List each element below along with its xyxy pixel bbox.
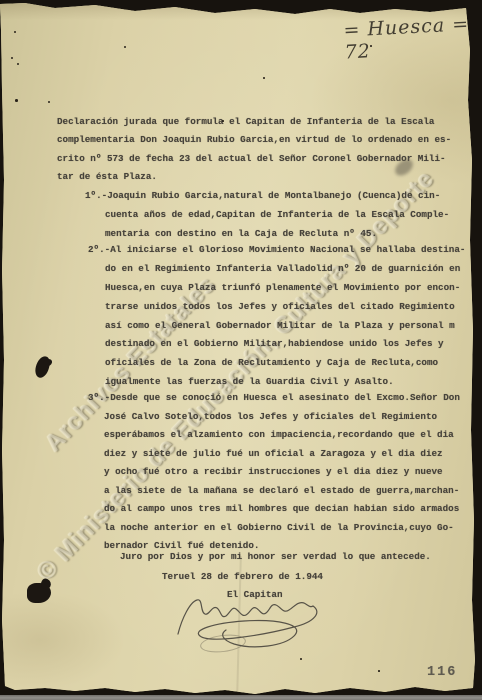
document-text-line: do al campo unos tres mil hombres que de… xyxy=(104,500,460,519)
page-number: 116 xyxy=(427,665,457,680)
dateline: Teruel 28 de febrero de 1.944 xyxy=(162,571,323,582)
signature-stroke-icon xyxy=(172,594,334,656)
paper-speck xyxy=(17,63,19,65)
document-text-line: 1º.-Joaquin Rubio Garcia,natural de Mont… xyxy=(85,186,449,205)
document-text-line: Huesca,en cuya Plaza triunfó plenamente … xyxy=(105,279,465,298)
paper-speck xyxy=(300,658,302,660)
paper-speck xyxy=(124,46,126,48)
document-text-line: crito nº 573 de fecha 23 del actual del … xyxy=(57,150,451,168)
intro-paragraph: Declaración jurada que formula el Capita… xyxy=(57,113,451,186)
document-text-line: 2º.-Al iniciarse el Glorioso Movimiento … xyxy=(88,241,465,260)
folio-annotation: = Huesca = 72 xyxy=(343,12,482,63)
document-text-line: la noche anterior en el Gobierno Civil d… xyxy=(104,519,460,538)
paper-speck xyxy=(48,101,50,103)
paper-speck xyxy=(378,670,380,672)
ink-blot-lower-left xyxy=(27,583,51,603)
paper-speck xyxy=(263,77,265,79)
declaration-item-1: 1º.-Joaquin Rubio Garcia,natural de Mont… xyxy=(85,186,449,243)
document-text-line: tar de ésta Plaza. xyxy=(57,168,451,186)
ink-blot-mid-left xyxy=(34,355,52,379)
document-text-line: a las siete de la mañana se declaró el e… xyxy=(104,482,460,501)
paper-sheet: Archivos Estatales © Ministerio de Educa… xyxy=(0,0,482,700)
document-text-line: trarse unidos todos los Jefes y oficiale… xyxy=(105,298,465,317)
document-text-line: destinado en el Gobierno Militar,habiend… xyxy=(105,335,465,354)
document-text-line: cuenta años de edad,Capitan de Infanteri… xyxy=(105,205,449,224)
document-text-line: así como el General Gobernador Militar d… xyxy=(105,317,465,336)
paper-speck xyxy=(14,31,16,33)
scanned-document-page: Archivos Estatales © Ministerio de Educa… xyxy=(0,0,482,700)
document-text-line: do en el Regimiento Infanteria Valladoli… xyxy=(105,260,465,279)
scanner-bed-strip xyxy=(0,695,482,700)
handwritten-signature: Joaquin Rubio xyxy=(172,594,334,656)
document-text-line: diez y siete de julio fué un oficial a Z… xyxy=(104,445,460,464)
paper-speck xyxy=(11,57,13,59)
document-text-line: José Calvo Sotelo,todos los Jefes y ofic… xyxy=(104,408,460,427)
document-text-line: 3º.-Desde que se conoció en Huesca el as… xyxy=(88,389,460,408)
paper-speck xyxy=(370,45,372,47)
paper-speck xyxy=(222,120,224,122)
document-text-line: complementaria Don Joaquin Rubio Garcia,… xyxy=(57,131,451,149)
document-text-line: oficiales de la Zona de Reclutamiento y … xyxy=(105,354,465,373)
document-text-line: y ocho fué otro a recibir instrucciones … xyxy=(104,463,460,482)
document-text-line: Declaración jurada que formula el Capita… xyxy=(57,113,451,131)
declaration-item-2: 2º.-Al iniciarse el Glorioso Movimiento … xyxy=(88,241,465,392)
document-text-line: esperábamos el alzamiento con impacienci… xyxy=(104,426,460,445)
oath-line: Juro por Dios y por mi honor ser verdad … xyxy=(120,551,431,562)
paper-speck xyxy=(15,99,18,102)
declaration-item-3: 3º.-Desde que se conoció en Huesca el as… xyxy=(88,389,460,556)
